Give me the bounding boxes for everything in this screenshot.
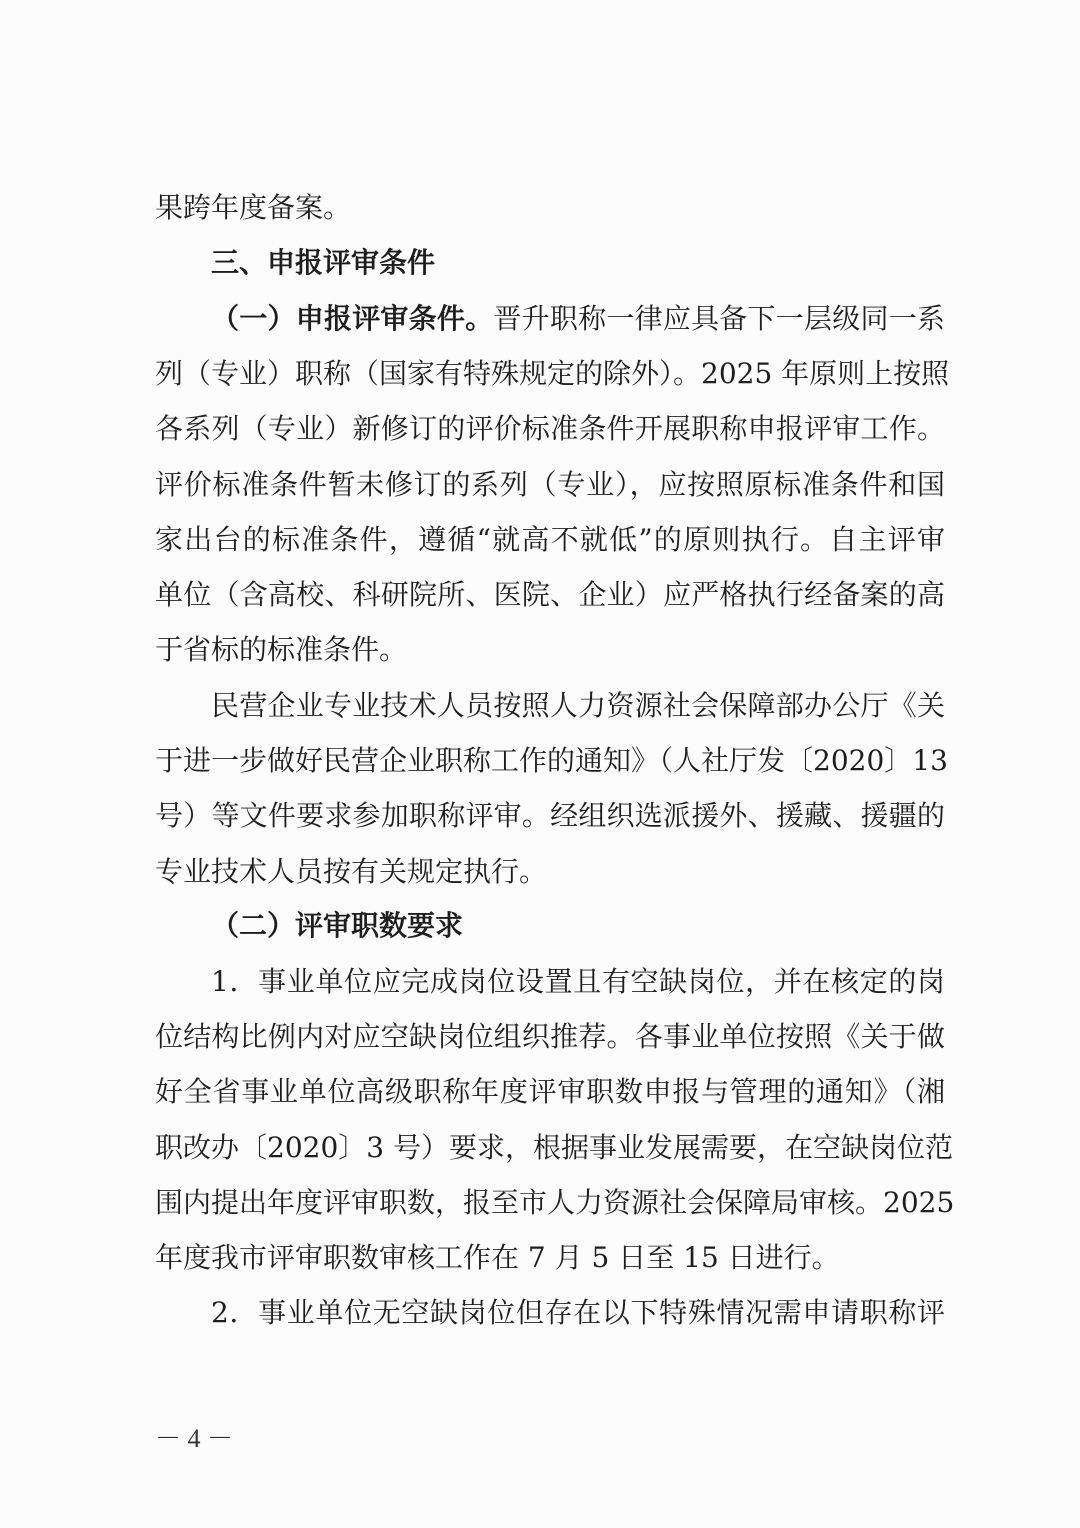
paragraph-line: 位结构比例内对应空缺岗位组织推荐。各事业单位按照《关于做 <box>155 1017 945 1057</box>
paragraph-line: 年度我市评审职数审核工作在 7 月 5 日至 15 日进行。 <box>155 1238 945 1278</box>
section-heading: 三、申报评审条件 <box>211 243 945 283</box>
paragraph-line: 单位（含高校、科研院所、医院、企业）应严格执行经备案的高 <box>155 575 945 615</box>
paragraph-line: 评价标准条件暂未修订的系列（专业），应按照原标准条件和国 <box>155 465 945 505</box>
document-page: 果跨年度备案。 三、申报评审条件 （一）申报评审条件。晋升职称一律应具备下一层级… <box>0 0 1080 1528</box>
paragraph-line: 围内提出年度评审职数，报至市人力资源社会保障局审核。2025 <box>155 1183 945 1223</box>
paragraph-line: 民营企业专业技术人员按照人力资源社会保障部办公厅《关 <box>211 686 945 726</box>
paragraph-line: 号）等文件要求参加职称评审。经组织选派援外、援藏、援疆的 <box>155 796 945 836</box>
paragraph-line: 家出台的标准条件，遵循“就高不就低”的原则执行。自主评审 <box>155 520 945 560</box>
paragraph-line: （一）申报评审条件。晋升职称一律应具备下一层级同一系 <box>211 299 945 339</box>
paragraph-line: 列（专业）职称（国家有特殊规定的除外）。2025 年原则上按照 <box>155 354 945 394</box>
paragraph-line: 1．事业单位应完成岗位设置且有空缺岗位，并在核定的岗 <box>211 962 945 1002</box>
paragraph-line: 专业技术人员按有关规定执行。 <box>155 852 945 892</box>
subsection-title: （一）申报评审条件。 <box>211 302 493 335</box>
paragraph-text: 晋升职称一律应具备下一层级同一系 <box>493 302 945 335</box>
page-number: － 4 － <box>155 1422 233 1456</box>
paragraph-line: 果跨年度备案。 <box>155 188 945 228</box>
paragraph-line: 职改办〔2020〕3 号）要求，根据事业发展需要，在空缺岗位范 <box>155 1128 945 1168</box>
paragraph-line: 好全省事业单位高级职称年度评审职数申报与管理的通知》（湘 <box>155 1072 945 1112</box>
paragraph-line: 各系列（专业）新修订的评价标准条件开展职称申报评审工作。 <box>155 409 945 449</box>
paragraph-line: 于进一步做好民营企业职称工作的通知》（人社厅发〔2020〕13 <box>155 741 945 781</box>
paragraph-line: 于省标的标准条件。 <box>155 630 945 670</box>
paragraph-line: 2．事业单位无空缺岗位但存在以下特殊情况需申请职称评 <box>211 1293 945 1333</box>
subsection-heading: （二）评审职数要求 <box>211 906 945 946</box>
